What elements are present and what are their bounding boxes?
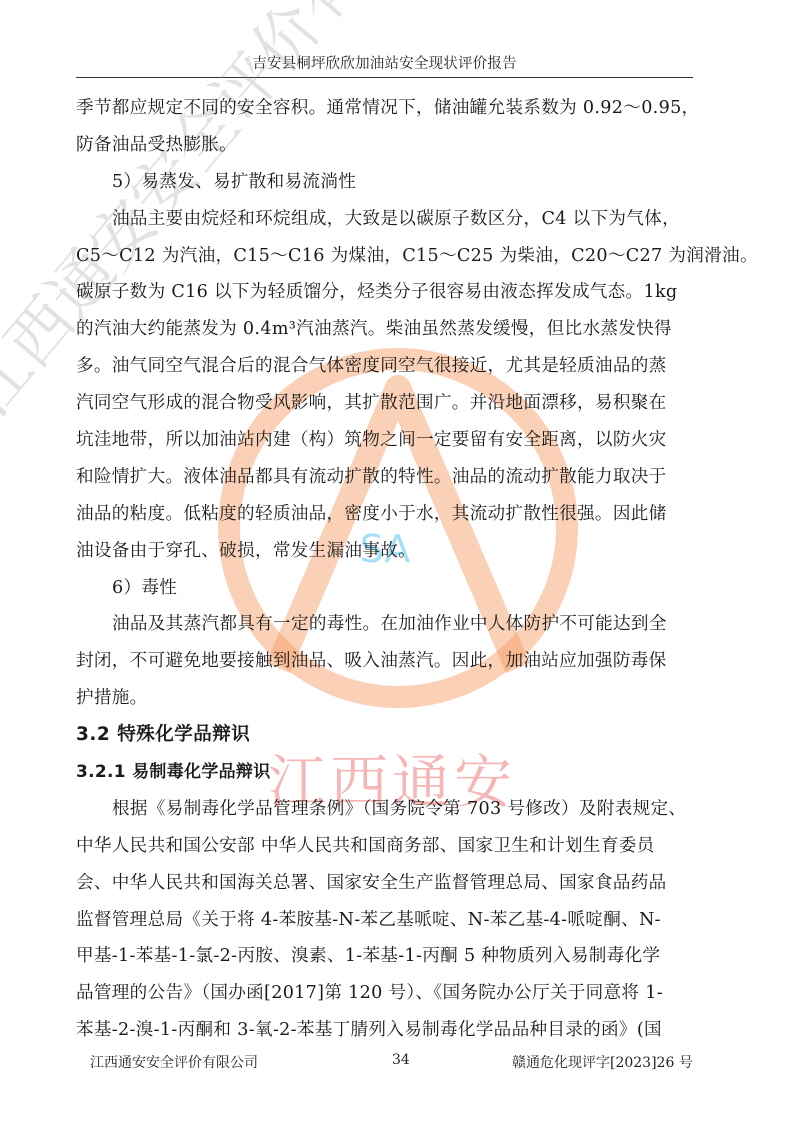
document-page: SA 江西通安安全评价有限公司 江西通安 吉安县桐坪欣欣加油站安全现状评价报告 … [0, 0, 800, 1131]
body-line: 和险情扩大。液体油品都具有流动扩散的特性。油品的流动扩散能力取决于 [76, 459, 693, 496]
body-line: 防备油品受热膨胀。 [76, 127, 693, 164]
body-line: 苯基-2-溴-1-丙酮和 3-氧-2-苯基丁腈列入易制毒化学品品种目录的函》(国 [76, 1012, 693, 1049]
paragraph-start: 根据《易制毒化学品管理条例》（国务院令第 703 号修改）及附表规定、 [76, 791, 693, 828]
body-line: 护措施。 [76, 680, 693, 717]
paragraph-start: 油品及其蒸汽都具有一定的毒性。在加油作业中人体防护不可能达到全 [76, 606, 693, 643]
body-line: 甲基-1-苯基-1-氯-2-丙胺、溴素、1-苯基-1-丙酮 5 种物质列入易制毒… [76, 938, 693, 975]
page-number: 34 [392, 1052, 410, 1068]
body-line: 封闭，不可避免地要接触到油品、吸入油蒸汽。因此，加油站应加强防毒保 [76, 643, 693, 680]
body-line: 的汽油大约能蒸发为 0.4m³汽油蒸汽。柴油虽然蒸发缓慢，但比水蒸发快得 [76, 311, 693, 348]
body-line: 监督管理总局《关于将 4-苯胺基-N-苯乙基哌啶、N-苯乙基-4-哌啶酮、N- [76, 902, 693, 939]
list-item-heading: 5）易蒸发、易扩散和易流淌性 [76, 164, 693, 201]
header-divider [76, 77, 693, 78]
body-line: 会、中华人民共和国海关总署、国家安全生产监督管理总局、国家食品药品 [76, 865, 693, 902]
body-line: 中华人民共和国公安部 中华人民共和国商务部、国家卫生和计划生育委员 [76, 828, 693, 865]
body-line: 油设备由于穿孔、破损，常发生漏油事故。 [76, 533, 693, 570]
body-line: 汽同空气形成的混合物受风影响，其扩散范围广。并沿地面漂移，易积聚在 [76, 385, 693, 422]
body-line: 坑洼地带，所以加油站内建（构）筑物之间一定要留有安全距离，以防火灾 [76, 422, 693, 459]
paragraph-start: 油品主要由烷烃和环烷组成，大致是以碳原子数区分，C4 以下为气体， [76, 201, 693, 238]
footer-report-number: 赣通危化现评字[2023]26 号 [512, 1052, 693, 1072]
document-body: 季节都应规定不同的安全容积。通常情况下，储油罐允装系数为 0.92～0.95， … [76, 90, 693, 1049]
section-heading: 3.2 特殊化学品辩识 [76, 717, 693, 754]
body-line: 碳原子数为 C16 以下为轻质馏分，烃类分子很容易由液态挥发成气态。1kg [76, 274, 693, 311]
list-item-heading: 6）毒性 [76, 570, 693, 607]
running-header: 吉安县桐坪欣欣加油站安全现状评价报告 [76, 52, 693, 73]
body-line: 品管理的公告》（国办函[2017]第 120 号）、《国务院办公厅关于同意将 1… [76, 975, 693, 1012]
body-line: C5～C12 为汽油，C15～C16 为煤油，C15～C25 为柴油，C20～C… [76, 238, 693, 275]
footer-company: 江西通安安全评价有限公司 [90, 1052, 258, 1072]
body-line: 多。油气同空气混合后的混合气体密度同空气很接近，尤其是轻质油品的蒸 [76, 348, 693, 385]
subsection-heading: 3.2.1 易制毒化学品辩识 [76, 754, 693, 791]
body-line: 季节都应规定不同的安全容积。通常情况下，储油罐允装系数为 0.92～0.95， [76, 90, 693, 127]
body-line: 油品的粘度。低粘度的轻质油品，密度小于水，其流动扩散性很强。因此储 [76, 496, 693, 533]
